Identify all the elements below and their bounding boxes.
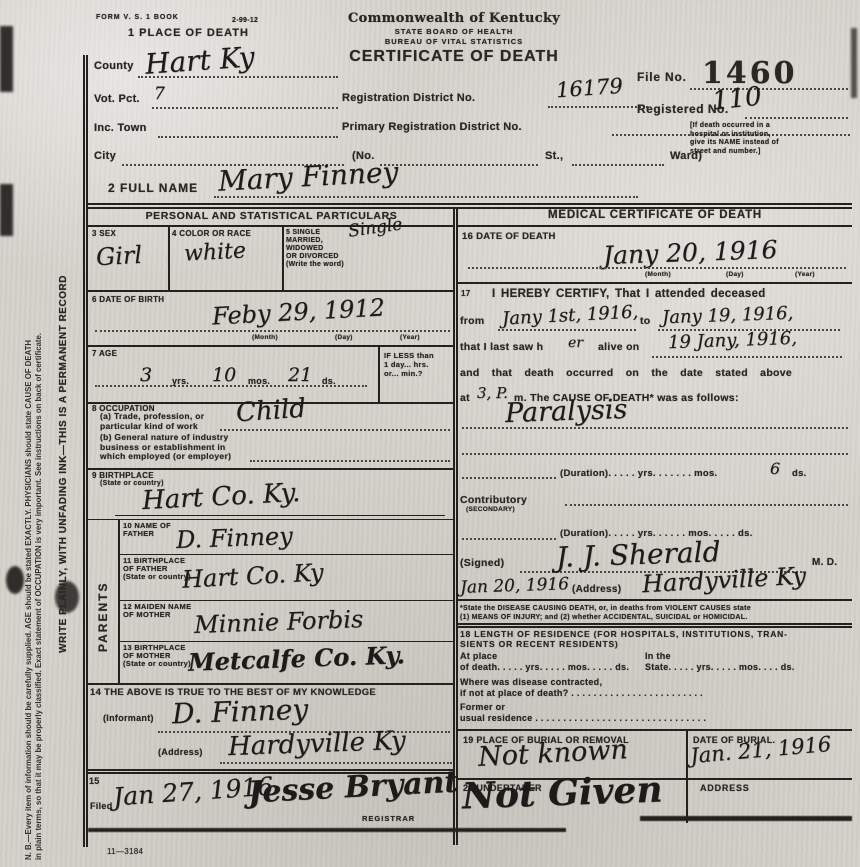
vot-pct-value: 7 [154, 84, 165, 104]
registrar-label: REGISTRAR [362, 814, 415, 823]
undertaker-value: Not Given [461, 769, 663, 818]
fill-line [498, 329, 636, 331]
row-line [88, 345, 455, 347]
marital-label: 5 SINGLE MARRIED, WIDOWED OR DIVORCED (W… [286, 229, 344, 269]
certify-no: 17 [461, 289, 471, 298]
row-line [120, 554, 453, 555]
last-saw-infix: er [568, 335, 583, 351]
fill-line [462, 427, 848, 429]
form-left-border [83, 55, 88, 847]
file-no-label: File No. [637, 70, 687, 84]
fill-line [462, 538, 556, 540]
informant-address-value: Hardyville Ky [228, 726, 407, 762]
duration-label: (Duration). . . . . yrs. . . . . . . mos… [560, 468, 717, 479]
dod-label: 16 DATE OF DEATH [462, 231, 556, 242]
place-of-death-label: 1 PLACE OF DEATH [128, 27, 249, 39]
form-revision: 2-99-12 [232, 17, 258, 24]
residence-in-state-label: In the State. . . . . yrs. . . . . mos. … [645, 651, 795, 673]
mother-name-label: 12 MAIDEN NAME OF MOTHER [123, 603, 191, 619]
row-line [88, 683, 455, 685]
undertaker-address-label: ADDRESS [700, 783, 750, 793]
occupation-b-fill-line [250, 460, 450, 462]
dob-label: 6 DATE OF BIRTH [92, 295, 164, 304]
father-birthplace-value: Hart Co. Ky [181, 558, 324, 593]
secondary-label: (SECONDARY) [466, 506, 515, 513]
fill-line [462, 477, 556, 479]
duration-days-unit: ds. [792, 468, 807, 479]
row-line [120, 600, 453, 601]
occupation-a-label: (a) Trade, profession, or particular kin… [100, 412, 204, 431]
margin-nb-note: N. B.—Every item of information should b… [24, 332, 43, 860]
row-line [458, 729, 852, 731]
fill-line [565, 504, 848, 506]
bottom-rule [88, 828, 566, 832]
birthplace-line [115, 515, 445, 516]
to-label: to [640, 315, 651, 327]
occupation-b-label: (b) General nature of industry business … [100, 433, 231, 462]
sex-value: Girl [95, 241, 142, 271]
registration-district-value: 16179 [555, 74, 623, 103]
city-label: City [94, 150, 116, 162]
residence-at-place-label: At place of death. . . . . yrs. . . . . … [460, 651, 629, 673]
medical-section-title: MEDICAL CERTIFICATE OF DEATH [458, 209, 852, 221]
row-line [88, 468, 455, 470]
dod-year-label: (Year) [795, 271, 815, 278]
certificate-title: CERTIFICATE OF DEATH [340, 48, 568, 66]
bureau-subtitle: BUREAU OF VITAL STATISTICS [348, 37, 560, 46]
county-label: County [94, 60, 134, 72]
occupation-a-value: Child [235, 394, 307, 429]
filed-no: 15 [89, 776, 100, 786]
board-subtitle: STATE BOARD OF HEALTH [348, 27, 560, 36]
to-value: Jany 19, 1916, [662, 303, 794, 329]
parents-label: PARENTS [96, 582, 110, 652]
mother-birthplace-label: 13 BIRTHPLACE OF MOTHER (State or countr… [123, 644, 191, 668]
cell-border [378, 347, 380, 402]
dob-month-label: (Month) [252, 334, 278, 341]
residence-label: 18 LENGTH OF RESIDENCE (FOR HOSPITALS, I… [460, 630, 788, 649]
inc-town-label: Inc. Town [94, 122, 147, 134]
registered-no-fill-line [745, 117, 848, 119]
dod-month-label: (Month) [645, 271, 671, 278]
parents-border [118, 519, 120, 683]
dob-fill-line [95, 330, 450, 332]
occupation-a-fill-line [220, 429, 450, 431]
last-saw-label: that I last saw h [460, 341, 543, 353]
registered-no-value: 110 [711, 81, 764, 116]
form-code: FORM V. S. 1 BOOK [96, 14, 179, 21]
margin-write-plainly-note: WRITE PLAINLY, WITH UNFADING INK—THIS IS… [58, 226, 69, 702]
age-fill-line [95, 385, 367, 387]
form-number: 11—3184 [107, 847, 143, 856]
death-certificate-document: WRITE PLAINLY, WITH UNFADING INK—THIS IS… [0, 0, 860, 867]
race-value: white [183, 238, 246, 266]
alive-on-label: alive on [598, 341, 640, 353]
mother-name-value: Minnie Forbis [194, 605, 364, 639]
cell-border [282, 226, 284, 290]
inc-town-fill-line [158, 136, 338, 138]
row-line [88, 519, 455, 520]
row-divider [458, 623, 852, 628]
birthplace-label: 9 BIRTHPLACE [92, 471, 154, 480]
sign-date-value: Jan 20, 1916 [460, 574, 570, 598]
if-less-note: IF LESS than 1 day... hrs. or... min.? [384, 351, 434, 378]
vot-pct-fill-line [152, 107, 338, 109]
county-value: Hart Ky [144, 40, 256, 81]
address-fill-line [220, 762, 452, 764]
registration-district-label: Registration District No. [342, 92, 475, 104]
cause-footnote: *State the DISEASE CAUSING DEATH, or, in… [460, 604, 751, 622]
street-label: St., [545, 150, 563, 162]
section-line [458, 225, 852, 227]
cause-of-death-value: Paralysis [504, 394, 627, 429]
hospital-note: [If death occurred in a hospital or inst… [690, 122, 779, 156]
time-of-death-value: 3, P. [477, 384, 508, 402]
fill-line [462, 453, 848, 455]
dob-value: Feby 29, 1912 [211, 293, 385, 330]
age-label: 7 AGE [92, 349, 117, 358]
disease-contracted-label: Where was disease contracted, if not at … [460, 677, 703, 699]
burial-place-value: Not known [477, 734, 628, 773]
dob-year-label: (Year) [400, 334, 420, 341]
full-name-label: 2 FULL NAME [108, 181, 198, 195]
signed-label: (Signed) [460, 557, 504, 569]
commonwealth-title: Commonwealth of Kentucky [348, 11, 560, 26]
death-occurred-label: and that death occurred on the date stat… [460, 367, 792, 379]
dod-fill-line [468, 267, 846, 269]
former-residence-label: Former or usual residence . . . . . . . … [460, 702, 706, 724]
from-value: Jany 1st, 1916, [502, 301, 639, 329]
certify-intro: I HEREBY CERTIFY, That I attended deceas… [492, 288, 766, 300]
fill-line [652, 356, 842, 358]
row-line [458, 282, 852, 284]
age-days-value: 21 [288, 364, 312, 386]
dod-value: Jany 20, 1916 [603, 235, 778, 270]
at-label: at [460, 392, 470, 404]
father-name-value: D. Finney [176, 522, 294, 554]
ink-blot [6, 566, 24, 594]
street-no-fill-line [380, 164, 538, 166]
contributory-label: Contributory [460, 494, 527, 506]
edge-stamp-mark [0, 26, 13, 92]
father-name-label: 10 NAME OF FATHER [123, 522, 171, 538]
informant-value: D. Finney [171, 693, 308, 731]
from-label: from [460, 315, 485, 327]
filed-label: Filed [90, 801, 113, 811]
age-months-value: 10 [212, 364, 236, 386]
edge-stamp-mark [851, 28, 857, 98]
edge-stamp-mark [0, 184, 13, 236]
primary-district-label: Primary Registration District No. [342, 121, 522, 133]
row-line [88, 290, 455, 292]
informant-label: (Informant) [103, 713, 154, 723]
sex-label: 3 SEX [92, 229, 116, 238]
md-label: M. D. [812, 557, 837, 568]
column-divider [453, 207, 458, 845]
birthplace-value: Hart Co. Ky. [141, 478, 301, 516]
last-saw-value: 19 Jany, 1916, [668, 328, 798, 353]
row-line [458, 599, 852, 601]
registration-district-fill-line [548, 106, 648, 108]
race-label: 4 COLOR OR RACE [172, 229, 251, 238]
age-years-value: 3 [140, 364, 152, 386]
physician-address-label: (Address) [572, 584, 621, 595]
street-fill-line [572, 164, 664, 166]
full-name-value: Mary Finney [217, 155, 399, 197]
cell-border [686, 731, 688, 823]
cell-border [168, 226, 170, 290]
informant-address-label: (Address) [158, 747, 203, 757]
duration-days-value: 6 [770, 459, 780, 478]
dob-day-label: (Day) [335, 334, 353, 341]
dod-day-label: (Day) [726, 271, 744, 278]
full-name-fill-line [214, 196, 638, 198]
mother-birthplace-value: Metcalfe Co. Ky. [188, 640, 406, 677]
bottom-rule [640, 816, 852, 821]
vot-pct-label: Vot. Pct. [94, 93, 140, 105]
